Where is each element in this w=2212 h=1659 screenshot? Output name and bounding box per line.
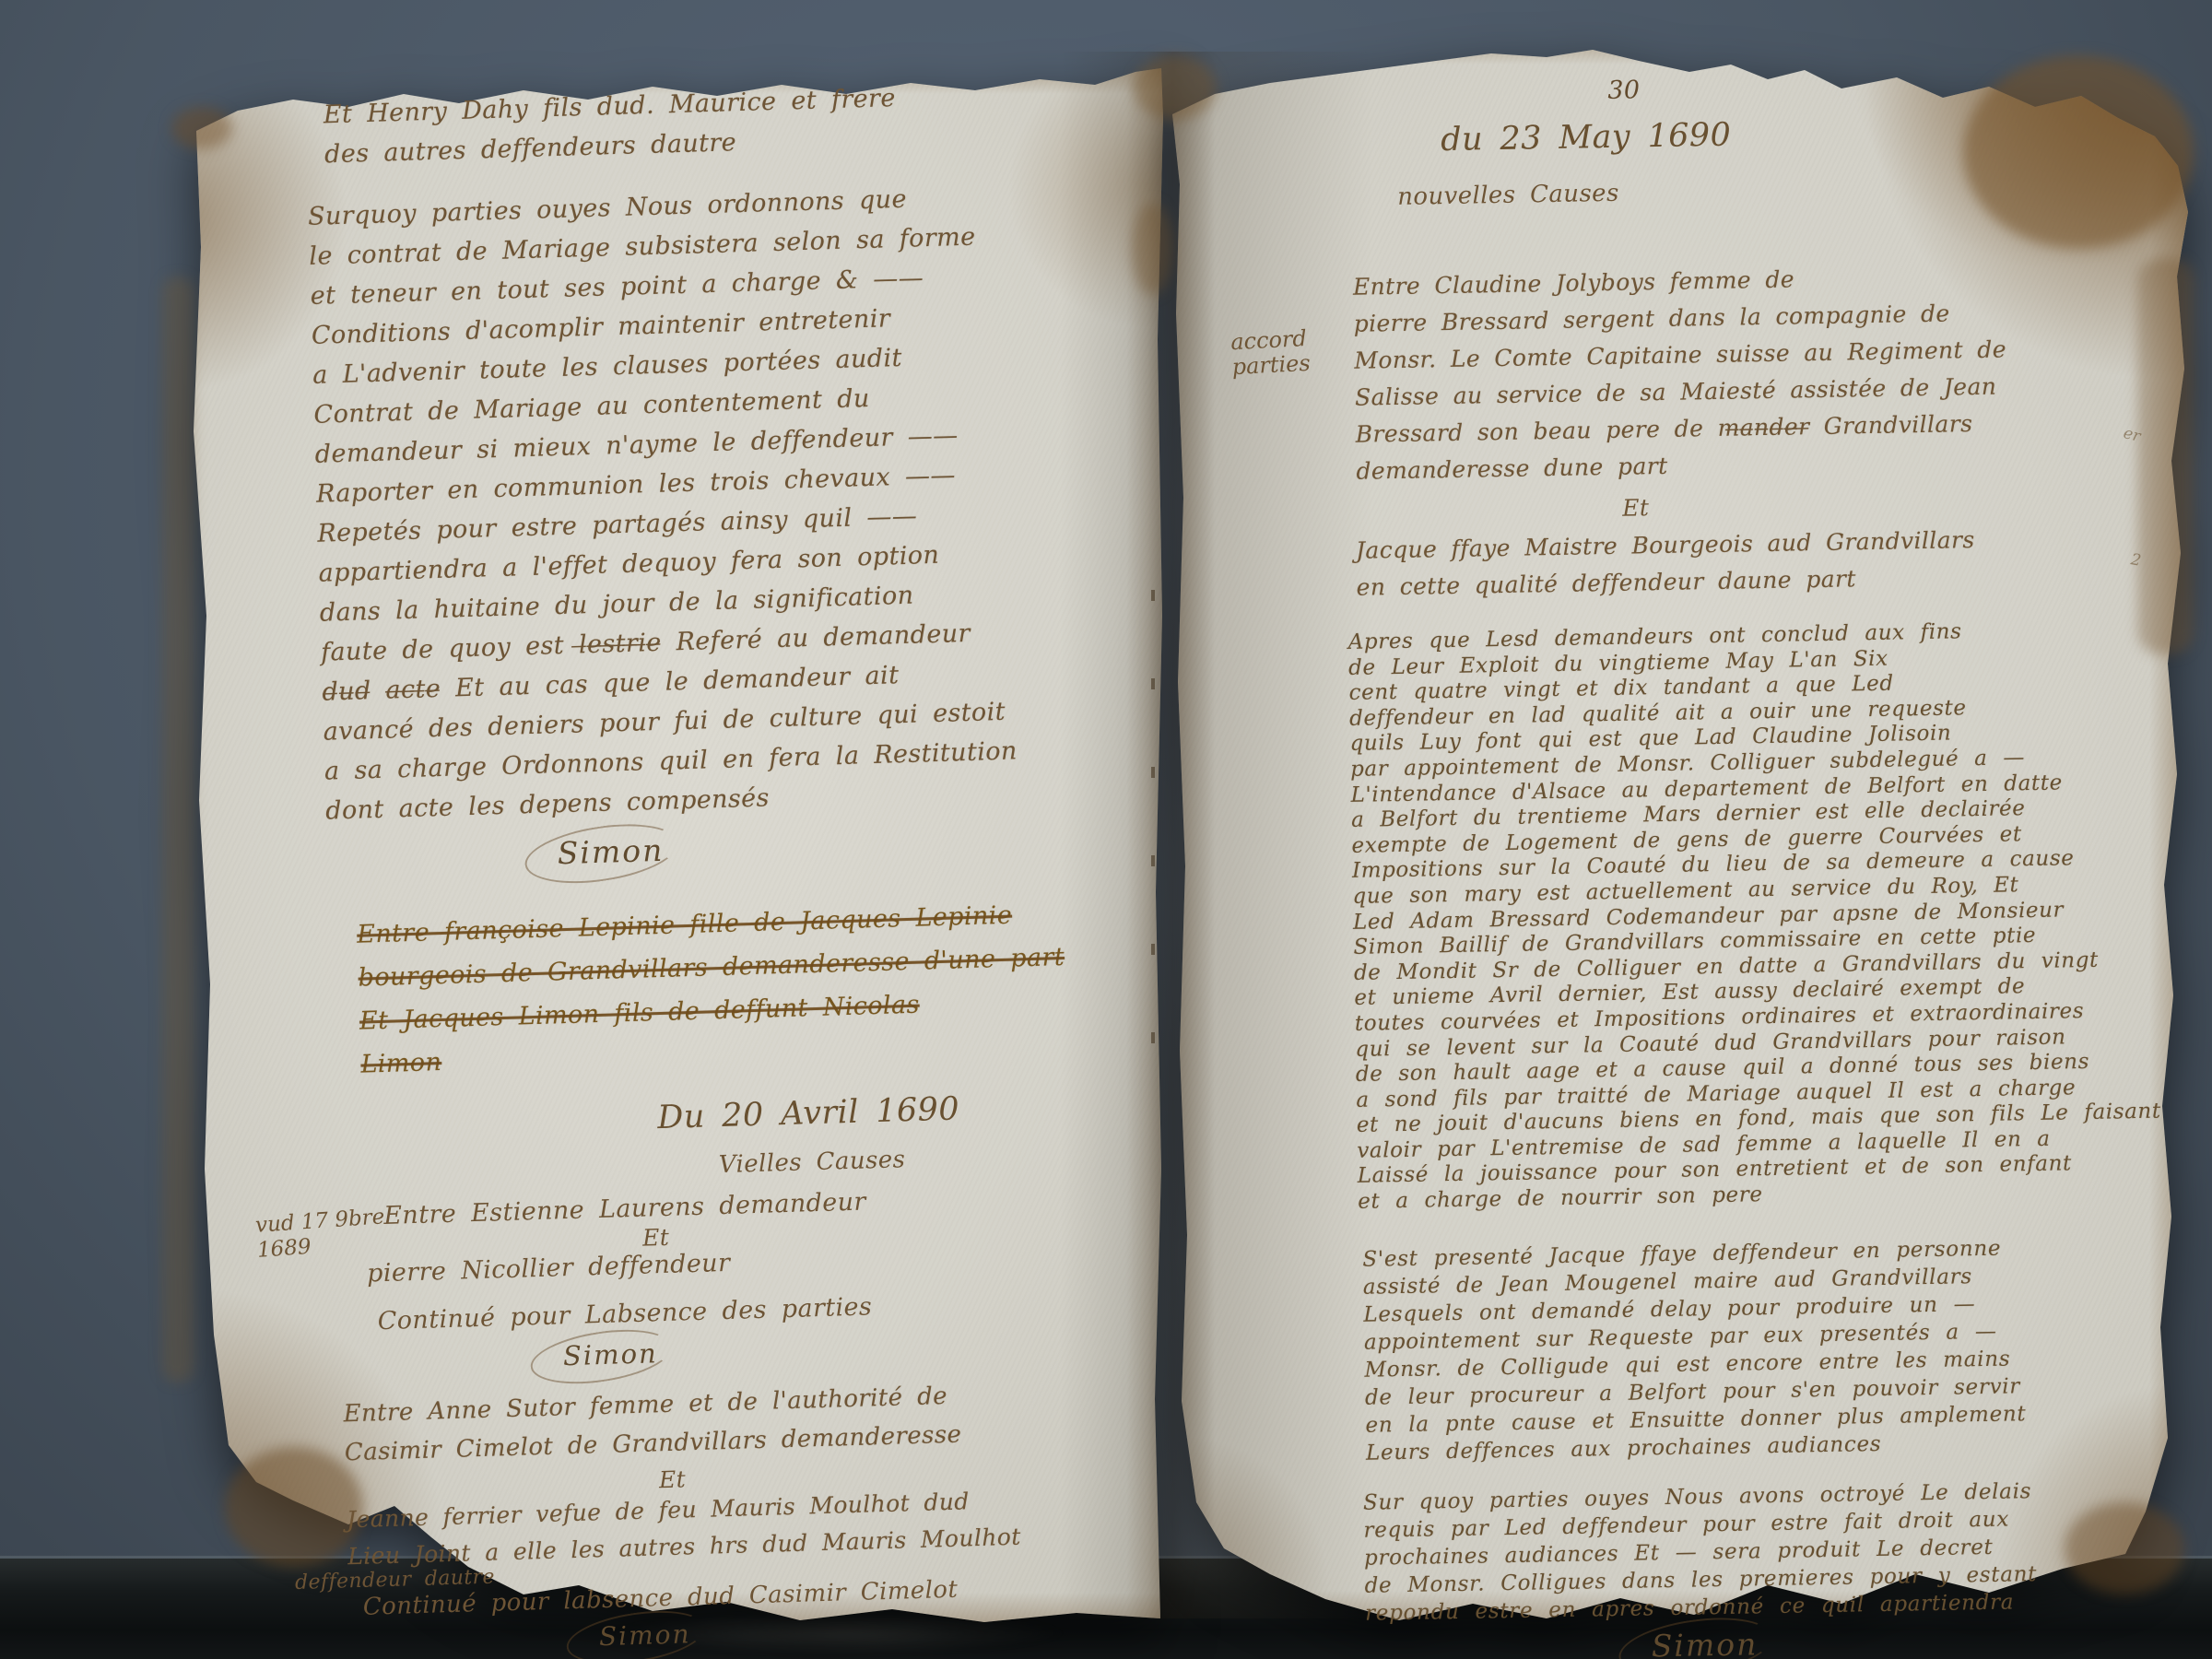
struck-entry: Entre françoise Lepinie fille de Jacques…	[357, 892, 1068, 1087]
signature: Simon	[562, 1337, 658, 1371]
case-entry: Entre Anne Sutor femme et de l'authorité…	[343, 1377, 962, 1473]
ruling-paragraph: Sur quoy parties ouyes Nous avons octroy…	[1363, 1477, 2038, 1628]
case-defendants: Jeanne ferrier vefue de feu Mauris Moulh…	[347, 1482, 1022, 1576]
et-separator: Et	[1622, 494, 1650, 522]
signature: Simon	[1651, 1626, 1758, 1659]
clerk-signature: Simon	[1651, 1626, 1758, 1659]
left-page-text: Et Henry Dahy fils dud. Maurice et frere…	[304, 64, 1189, 1654]
session-category: Vielles Causes	[718, 1146, 905, 1179]
session-heading: Du 20 Avril 1690	[657, 1090, 960, 1136]
margin-note-line: parties	[1231, 351, 1311, 380]
clerk-signature: Simon	[598, 1618, 691, 1652]
continuation-paragraph: Et Henry Dahy fils dud. Maurice et frere…	[323, 78, 897, 174]
et-separator: Et	[659, 1465, 687, 1493]
manuscript-photo: Et Henry Dahy fils dud. Maurice et frere…	[0, 0, 2212, 1659]
case-parties: Entre Estienne Laurens demandeur	[383, 1187, 866, 1230]
et-word: Et	[642, 1224, 670, 1252]
right-page-text: 30 du 23 May 1690 nouvelles Causes Entre…	[1338, 63, 2195, 1659]
signature: Simon	[598, 1618, 691, 1652]
defendant-name: pierre Nicollier deffendeur	[367, 1249, 731, 1288]
session-date: du 23 May 1690	[1441, 117, 1732, 159]
et-word: Et	[659, 1465, 687, 1493]
session-subheading: Vielles Causes	[718, 1146, 905, 1179]
body-paragraph: Apres que Lesd demandeurs ont conclud au…	[1347, 617, 2162, 1216]
folio-number: 30	[1607, 76, 1641, 105]
page-number: 30	[1607, 76, 1641, 105]
appearance-paragraph: S'est presenté Jacque ffaye deffendeur e…	[1362, 1234, 2027, 1466]
plaintiff-paragraph: Entre Claudine Jolyboys femme depierre B…	[1353, 257, 2009, 489]
session-category: nouvelles Causes	[1397, 180, 1619, 211]
clerk-signature: Simon	[557, 832, 665, 871]
defendant-paragraph: Jacque ffaye Maistre Bourgeois aud Grand…	[1356, 522, 1976, 606]
et-word: Et	[1622, 494, 1650, 522]
margin-note-date: vud 17 9bre 1689	[254, 1205, 387, 1264]
signature: Simon	[557, 832, 665, 871]
session-date: Du 20 Avril 1690	[657, 1090, 960, 1136]
session-subheading: nouvelles Causes	[1397, 180, 1619, 211]
margin-note-accord: accord parties	[1230, 326, 1312, 380]
et-separator: Et	[642, 1224, 670, 1252]
session-heading: du 23 May 1690	[1441, 117, 1732, 159]
clerk-signature: Simon	[562, 1337, 658, 1371]
case-defendant: pierre Nicollier deffendeur	[367, 1249, 731, 1288]
case-entry: Entre Estienne Laurens demandeur	[383, 1187, 866, 1230]
judgment-paragraph: Surquoy parties ouyes Nous ordonnons que…	[308, 177, 1019, 831]
